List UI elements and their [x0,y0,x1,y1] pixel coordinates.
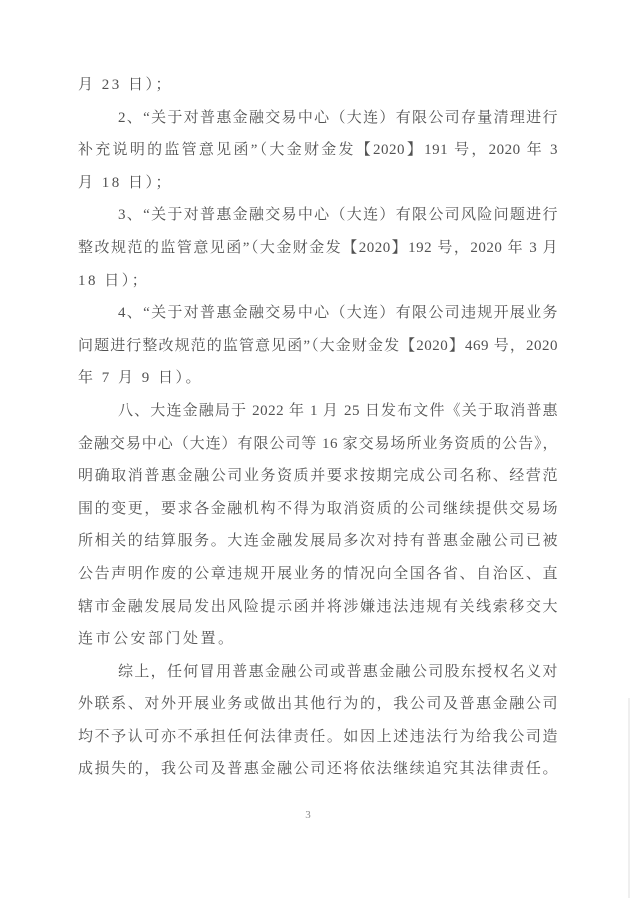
line-13-para8: 明确取消普惠金融公司业务资质并要求按期完成公司名称、经营范 [78,460,558,493]
line-15-para8: 所相关的结算服务。大连金融发展局多次对持有普惠金融公司已被 [78,525,558,558]
line-01-item1-end: 月 23 日）； [78,69,558,102]
line-17-para8: 辖市金融发展局发出风险提示函并将涉嫌违法违规有关线索移交大 [78,591,558,624]
line-03-item2: 补充说明的监管意见函”（大金财金发【2020】191 号，2020 年 3 [78,134,558,167]
line-05-item3-start: 3、“关于对普惠金融交易中心（大连）有限公司风险问题进行 [78,199,558,232]
line-09-item4: 问题进行整改规范的监管意见函”（大金财金发【2020】469 号，2020 [78,330,558,363]
line-08-item4-start: 4、“关于对普惠金融交易中心（大连）有限公司违规开展业务 [78,297,558,330]
line-02-item2-start: 2、“关于对普惠金融交易中心（大连）有限公司存量清理进行 [78,102,558,135]
line-06-item3: 整改规范的监管意见函”（大金财金发【2020】192 号，2020 年 3 月 [78,232,558,265]
line-11-para8-start: 八、大连金融局于 2022 年 1 月 25 日发布文件《关于取消普惠 [78,395,558,428]
line-07-item3-end: 18 日）； [78,265,558,298]
line-04-item2-end: 月 18 日）； [78,167,558,200]
line-10-item4-end: 年 7 月 9 日）。 [78,362,558,395]
line-19-concl-start: 综上，任何冒用普惠金融公司或普惠金融公司股东授权名义对 [78,656,558,689]
line-21-concl: 均不予认可亦不承担任何法律责任。如因上述违法行为给我公司造 [78,721,558,754]
line-22-concl-end: 成损失的，我公司及普惠金融公司还将依法继续追究其法律责任。 [78,753,558,786]
line-16-para8: 公告声明作废的公章违规开展业务的情况向全国各省、自治区、直 [78,558,558,591]
page-number: 3 [0,809,616,821]
line-14-para8: 围的变更，要求各金融机构不得为取消资质的公司继续提供交易场 [78,493,558,526]
scan-edge-artifact [628,698,630,898]
line-18-para8-end: 连市公安部门处置。 [78,623,558,656]
scanned-document-page: 月 23 日）； 2、“关于对普惠金融交易中心（大连）有限公司存量清理进行 补充… [0,0,635,898]
line-20-concl: 外联系、对外开展业务或做出其他行为的，我公司及普惠金融公司 [78,688,558,721]
line-12-para8: 金融交易中心（大连）有限公司等 16 家交易场所业务资质的公告》， [78,428,558,461]
document-body: 月 23 日）； 2、“关于对普惠金融交易中心（大连）有限公司存量清理进行 补充… [78,69,558,786]
